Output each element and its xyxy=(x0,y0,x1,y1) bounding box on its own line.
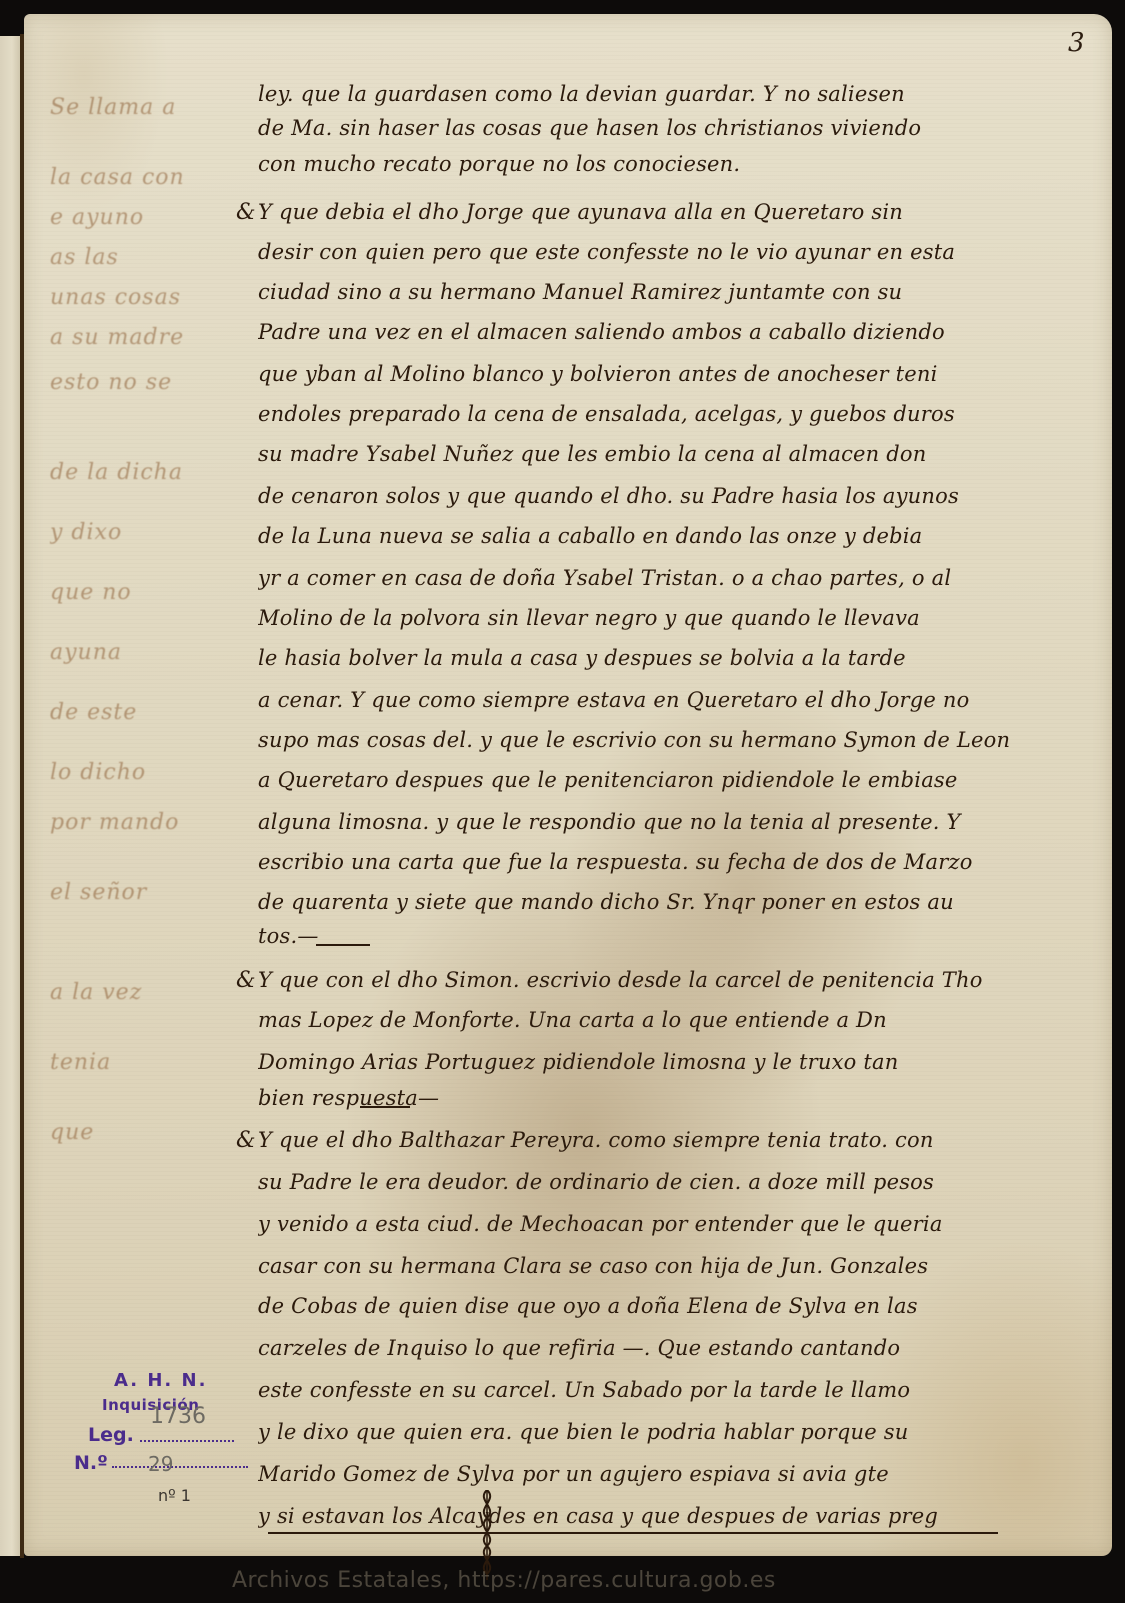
text-line: escribio una carta que fue la respuesta.… xyxy=(258,850,1048,874)
text-line: mas Lopez de Monforte. Una carta a lo qu… xyxy=(258,1008,1048,1032)
paragraph-end-dash xyxy=(360,1106,410,1108)
text-line: Y que debia el dho Jorge que ayunava all… xyxy=(258,200,1048,224)
bleed-fragment: tenia xyxy=(50,1050,230,1075)
stamp-institution: A. H. N. xyxy=(114,1370,207,1391)
text-line: casar con su hermana Clara se caso con h… xyxy=(258,1254,1048,1278)
text-line: de cenaron solos y que quando el dho. su… xyxy=(258,484,1048,508)
bleed-fragment: as las xyxy=(50,245,230,270)
text-line: endoles preparado la cena de ensalada, a… xyxy=(258,402,1048,426)
rubric-flourish-icon xyxy=(474,1490,500,1580)
text-line: ley. que la guardasen como la devian gua… xyxy=(258,82,1048,106)
text-line: carzeles de Inquiso lo que refiria —. Qu… xyxy=(258,1336,1048,1360)
text-line: supo mas cosas del. y que le escrivio co… xyxy=(258,728,1048,752)
bleed-fragment: y dixo xyxy=(50,520,230,545)
text-line: le hasia bolver la mula a casa y despues… xyxy=(258,646,1048,670)
bleed-fragment: de la dicha xyxy=(50,460,230,485)
text-line: a cenar. Y que como siempre estava en Qu… xyxy=(258,688,1048,712)
text-line: Marido Gomez de Sylva por un agujero esp… xyxy=(258,1462,1048,1486)
bleed-fragment: la casa con xyxy=(50,165,230,190)
margin-paragraph-mark: & xyxy=(236,1128,256,1153)
text-line: Y que con el dho Simon. escrivio desde l… xyxy=(258,968,1048,992)
text-line: y le dixo que quien era. que bien le pod… xyxy=(258,1420,1048,1444)
text-line: alguna limosna. y que le respondio que n… xyxy=(258,810,1048,834)
bleed-fragment: a su madre xyxy=(50,325,230,350)
text-line: de Cobas de quien dise que oyo a doña El… xyxy=(258,1294,1048,1318)
bleed-fragment: esto no se xyxy=(50,370,230,395)
text-line: su Padre le era deudor. de ordinario de … xyxy=(258,1170,1048,1194)
stamp-leg-label: Leg. xyxy=(88,1424,134,1446)
stamp-leg-dotted-line xyxy=(140,1440,234,1442)
bleed-fragment: que no xyxy=(50,580,230,605)
bleed-fragment: a la vez xyxy=(50,980,230,1005)
adjacent-leaf-edge xyxy=(0,36,20,1556)
bleed-fragment: de este xyxy=(50,700,230,725)
text-line: de quarenta y siete que mando dicho Sr. … xyxy=(258,890,1048,914)
paragraph-end-dash xyxy=(316,944,370,946)
stamp-num-label: N.º xyxy=(74,1452,108,1474)
text-line: Padre una vez en el almacen saliendo amb… xyxy=(258,320,1048,344)
text-line: Molino de la polvora sin llevar negro y … xyxy=(258,606,1048,630)
bleed-fragment: e ayuno xyxy=(50,205,230,230)
bleed-fragment: Se llama a xyxy=(50,95,230,120)
text-line: desir con quien pero que este confesste … xyxy=(258,240,1048,264)
text-line: y si estavan los Alcaydes en casa y que … xyxy=(258,1504,1048,1528)
stamp-extra-note: nº 1 xyxy=(158,1486,191,1505)
text-line: yr a comer en casa de doña Ysabel Trista… xyxy=(258,566,1048,590)
text-line: con mucho recato porque no los conociese… xyxy=(258,152,1048,176)
bleed-fragment: lo dicho xyxy=(50,760,230,785)
text-line: este confesste en su carcel. Un Sabado p… xyxy=(258,1378,1048,1402)
archive-watermark: Archivos Estatales, https://pares.cultur… xyxy=(232,1568,776,1593)
text-line: ciudad sino a su hermano Manuel Ramirez … xyxy=(258,280,1048,304)
text-line: su madre Ysabel Nuñez que les embio la c… xyxy=(258,442,1048,466)
margin-paragraph-mark: & xyxy=(236,968,256,993)
text-line: que yban al Molino blanco y bolvieron an… xyxy=(258,362,1048,386)
text-line: Domingo Arias Portuguez pidiendole limos… xyxy=(258,1050,1048,1074)
stamp-leg-value: 1736 xyxy=(150,1404,206,1429)
text-line: de Ma. sin haser las cosas que hasen los… xyxy=(258,116,1048,140)
closing-underline xyxy=(268,1532,998,1534)
margin-paragraph-mark: & xyxy=(236,200,256,225)
bleed-fragment: unas cosas xyxy=(50,285,230,310)
text-line: de la Luna nueva se salia a caballo en d… xyxy=(258,524,1048,548)
text-line: a Queretaro despues que le penitenciaron… xyxy=(258,768,1048,792)
bleed-fragment: que xyxy=(50,1120,230,1145)
stamp-num-dotted-line xyxy=(112,1466,248,1468)
bleed-fragment: ayuna xyxy=(50,640,230,665)
text-line: tos.— xyxy=(258,924,1048,948)
text-line: Y que el dho Balthazar Pereyra. como sie… xyxy=(258,1128,1048,1152)
folio-number: 3 xyxy=(1068,28,1085,58)
bleed-fragment: el señor xyxy=(50,880,230,905)
bleed-fragment: por mando xyxy=(50,810,230,835)
text-line: y venido a esta ciud. de Mechoacan por e… xyxy=(258,1212,1048,1236)
stamp-num-value: 29 xyxy=(148,1452,173,1476)
